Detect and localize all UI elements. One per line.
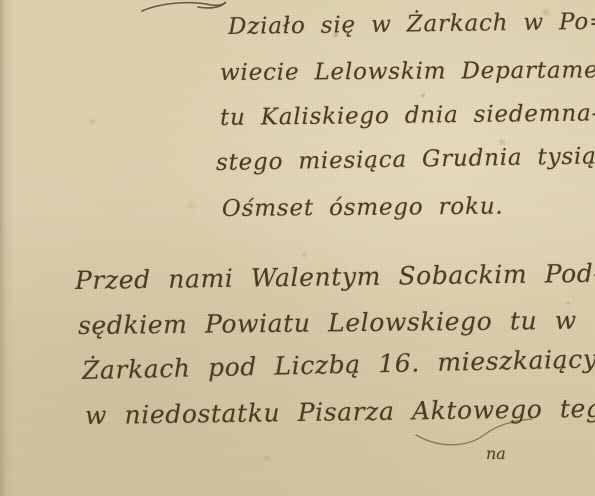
manuscript-line: Działo się w Żarkach w Po= bbox=[228, 9, 595, 40]
manuscript-line: w niedostatku Pisarza Aktowego tegoż bbox=[85, 393, 595, 430]
manuscript-page: Działo się w Żarkach w Po= wiecie Lelows… bbox=[0, 0, 595, 496]
catchword: na bbox=[486, 444, 506, 463]
foxing-stain bbox=[185, 200, 199, 210]
manuscript-line: wiecie Lelowskim Departamen„ bbox=[220, 57, 595, 86]
manuscript-line: Przed nami Walentym Sobackim Pod- bbox=[75, 259, 595, 295]
manuscript-line: stego miesiąca Grudnia tysiąc bbox=[216, 143, 595, 176]
foxing-stain bbox=[88, 118, 97, 125]
foxing-stain bbox=[420, 93, 426, 98]
manuscript-line: Żarkach pod Liczbą 16. mieszkaiącym bbox=[82, 344, 595, 385]
manuscript-line: tu Kaliskiego dnia siedemna- bbox=[220, 100, 595, 131]
foxing-stain bbox=[300, 252, 308, 258]
manuscript-line: sędkiem Powiatu Lelowskiego tu w bbox=[78, 306, 577, 340]
pen-flourish-top bbox=[140, 0, 230, 14]
manuscript-line: Ośmset ósmego roku. bbox=[222, 194, 504, 222]
foxing-stain bbox=[262, 455, 272, 462]
